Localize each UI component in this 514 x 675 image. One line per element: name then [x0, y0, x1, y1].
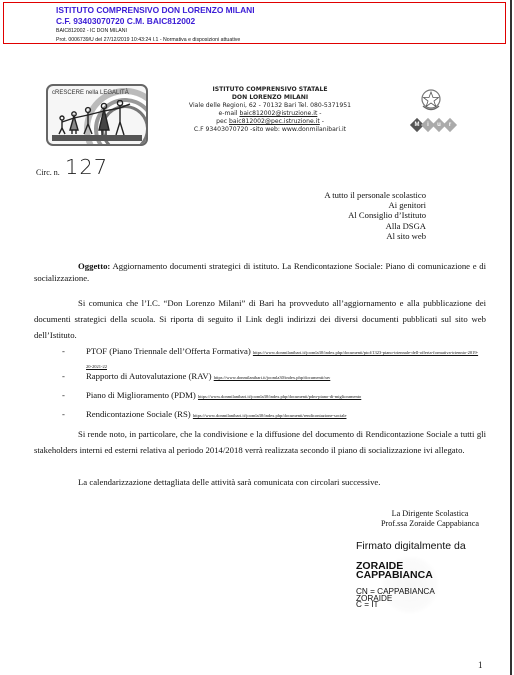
list-item: - PTOF (Piano Triennale dell’Offerta For… — [62, 345, 482, 370]
document-link[interactable]: https://www.donmilanibari.it/joomla30/in… — [193, 413, 347, 418]
circular-label: Circ. n. — [36, 168, 60, 177]
bullet-dash: - — [62, 370, 65, 382]
digital-signature-name: ZORAIDE CAPPABIANCA — [356, 562, 466, 580]
letterhead-pec-line: pec baic812002@pec.istruzione.it - — [175, 118, 365, 126]
circular-number: 127 — [65, 155, 108, 179]
subject-paragraph: Oggetto: Aggiornamento documenti strateg… — [34, 260, 486, 285]
letterhead-address: Viale delle Regioni, 62 - 70132 Bari Tel… — [175, 102, 365, 110]
documents-list: - PTOF (Piano Triennale dell’Offerta For… — [62, 345, 482, 427]
list-item: - Piano di Miglioramento (PDM) https://w… — [62, 389, 482, 408]
letterhead-institute-name: DON LORENZO MILANI — [175, 94, 365, 102]
document-link[interactable]: https://www.donmilanibari.it/joomla30/in… — [198, 394, 361, 399]
protocol-school-code: BAIC812002 - IC DON MILANI — [56, 28, 127, 34]
digital-signature: Firmato digitalmente da ZORAIDE CAPPABIA… — [356, 540, 466, 609]
signatory-name: Prof.ssa Zoraide Cappabianca — [356, 519, 504, 529]
document-label: PTOF (Piano Triennale dell’Offerta Forma… — [86, 346, 251, 356]
italian-republic-emblem-icon — [419, 88, 443, 112]
email-link[interactable]: baic812002@istruzione.it — [239, 110, 317, 117]
calendar-paragraph: La calendarizzazione dettagliata delle a… — [34, 476, 486, 488]
country-line: C = IT — [356, 602, 466, 609]
document-label: Rendicontazione Sociale (RS) — [86, 409, 191, 419]
subject-label: Oggetto: — [78, 261, 110, 271]
list-item: - Rapporto di Autovalutazione (RAV) http… — [62, 370, 482, 389]
miur-letter-r: r — [443, 118, 457, 132]
bullet-dash: - — [62, 408, 65, 420]
recipient: Ai genitori — [324, 200, 426, 210]
letterhead-email-line: e-mail baic812002@istruzione.it - — [175, 110, 365, 118]
letterhead-institute-type: ISTITUTO COMPRENSIVO STATALE — [175, 86, 365, 94]
email-suffix: - — [317, 110, 321, 117]
miur-logo: M i u r — [412, 120, 455, 130]
digital-signature-title: Firmato digitalmente da — [356, 540, 466, 552]
page-edge — [510, 0, 512, 675]
logo-strip — [52, 135, 142, 141]
document-label: Rapporto di Autovalutazione (RAV) — [86, 371, 212, 381]
protocol-stamp: ISTITUTO COMPRENSIVO DON LORENZO MILANI … — [3, 2, 506, 44]
communication-text: Si comunica che l’I.C. “Don Lorenzo Mila… — [34, 298, 486, 340]
digital-signature-cn: CN = CAPPABIANCA ZORAIDE C = IT — [356, 589, 466, 609]
note-paragraph: Si rende noto, in particolare, che la co… — [34, 427, 486, 458]
communication-paragraph: Si comunica che l’I.C. “Don Lorenzo Mila… — [34, 295, 486, 343]
people-holding-hands-icon — [56, 100, 136, 136]
letterhead-cf-web: C.F 93403070720 -sito web: www.donmilani… — [175, 126, 365, 134]
school-logo: cRESCERE nella LEGALITÀ — [46, 84, 148, 146]
signature-block: La Dirigente Scolastica Prof.ssa Zoraide… — [356, 509, 504, 529]
document-link[interactable]: https://www.donmilanibari.it/joomla30/in… — [214, 375, 331, 380]
protocol-school-name: ISTITUTO COMPRENSIVO DON LORENZO MILANI — [56, 5, 255, 15]
pec-link[interactable]: baic812002@pec.istruzione.it — [229, 118, 320, 125]
list-item: - Rendicontazione Sociale (RS) https://w… — [62, 408, 482, 427]
logo-motto: cRESCERE nella LEGALITÀ — [52, 90, 129, 96]
recipient: A tutto il personale scolastico — [324, 190, 426, 200]
signer-last-name: CAPPABIANCA — [356, 571, 466, 580]
bullet-dash: - — [62, 345, 65, 357]
bullet-dash: - — [62, 389, 65, 401]
note-text: Si rende noto, in particolare, che la co… — [34, 429, 486, 455]
recipient: Al Consiglio d’Istituto — [324, 210, 426, 220]
protocol-number: Prot. 0006739/U del 27/12/2019 10:43:24 … — [56, 37, 240, 43]
pec-suffix: - — [320, 118, 324, 125]
recipient: Alla DSGA — [324, 221, 426, 231]
letterhead: ISTITUTO COMPRENSIVO STATALE DON LORENZO… — [175, 86, 365, 134]
recipient: Al sito web — [324, 231, 426, 241]
recipients-block: A tutto il personale scolastico Ai genit… — [324, 190, 426, 241]
page-number: 1 — [478, 660, 483, 670]
email-label: e-mail — [219, 110, 240, 117]
document-label: Piano di Miglioramento (PDM) — [86, 390, 196, 400]
calendar-text: La calendarizzazione dettagliata delle a… — [78, 477, 380, 487]
protocol-codes: C.F. 93403070720 C.M. BAIC812002 — [56, 16, 195, 26]
pec-label: pec — [216, 118, 229, 125]
signatory-role: La Dirigente Scolastica — [356, 509, 504, 519]
